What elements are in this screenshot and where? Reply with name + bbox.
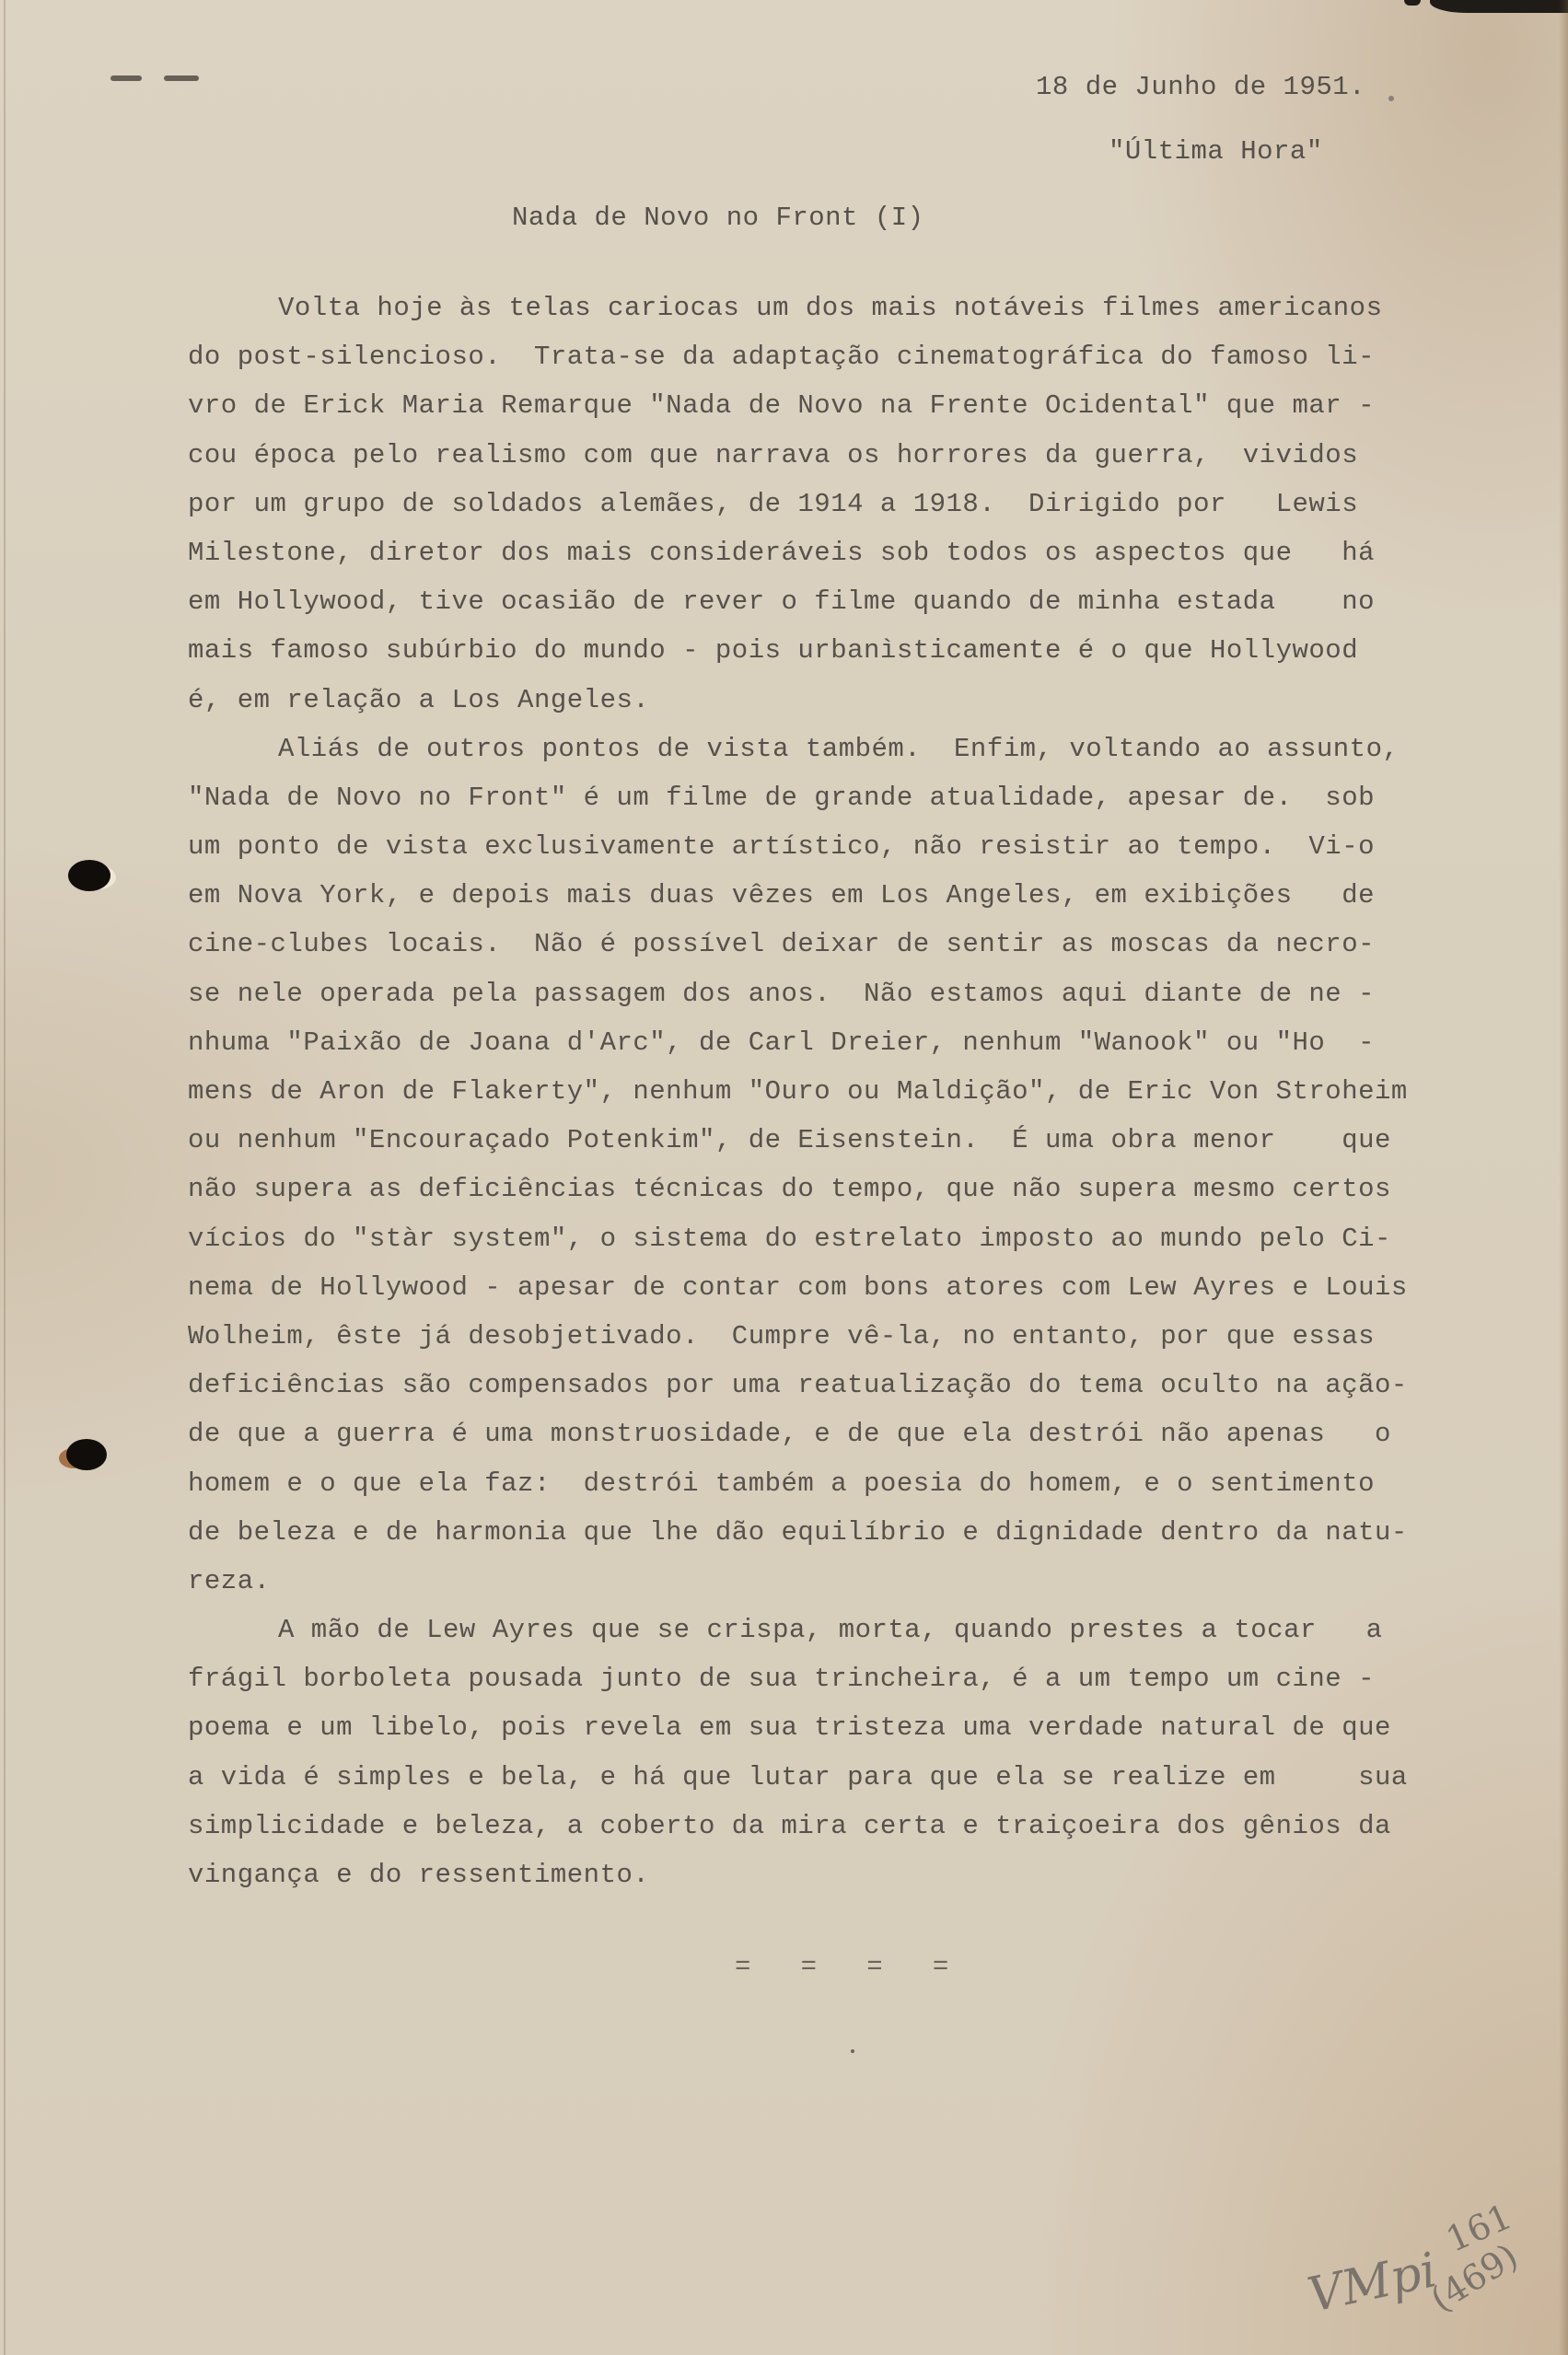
text-line: a vida é simples e bela, e há que lutar … <box>188 1753 1541 1802</box>
punch-hole <box>66 1439 107 1470</box>
page-edge-shadow <box>1559 0 1568 2355</box>
smudge-mark <box>164 75 199 81</box>
smudge-mark <box>110 75 142 81</box>
text-line: de que a guerra é uma monstruosidade, e … <box>188 1410 1541 1458</box>
text-line: não supera as deficiências técnicas do t… <box>188 1165 1541 1213</box>
pencil-initials: VMpi <box>1303 2243 1441 2324</box>
text-line: cou época pelo realismo com que narrava … <box>188 431 1541 480</box>
text-line: é, em relação a Los Angeles. <box>188 676 1541 725</box>
ink-speck <box>1388 96 1394 101</box>
text-line: frágil borboleta pousada junto de sua tr… <box>188 1654 1541 1703</box>
text-line: Aliás de outros pontos de vista também. … <box>188 725 1541 773</box>
text-line: Volta hoje às telas cariocas um dos mais… <box>188 284 1541 332</box>
text-line: nema de Hollywood - apesar de contar com… <box>188 1263 1541 1312</box>
text-line: vícios do "stàr system", o sistema do es… <box>188 1214 1541 1263</box>
text-line: simplicidade e beleza, a coberto da mira… <box>188 1802 1541 1850</box>
text-line: Wolheim, êste já desobjetivado. Cumpre v… <box>188 1312 1541 1361</box>
text-line: mens de Aron de Flakerty", nenhum "Ouro … <box>188 1067 1541 1116</box>
text-line: Milestone, diretor dos mais considerávei… <box>188 528 1541 577</box>
page-edge <box>4 0 6 2355</box>
text-line: deficiências são compensados por uma rea… <box>188 1361 1541 1410</box>
text-line: cine-clubes locais. Não é possível deixa… <box>188 920 1541 969</box>
text-line: A mão de Lew Ayres que se crispa, morta,… <box>188 1606 1541 1654</box>
text-line: do post-silencioso. Trata-se da adaptaçã… <box>188 332 1541 381</box>
text-line: de beleza e de harmonia que lhe dão equi… <box>188 1508 1541 1557</box>
text-line: em Nova York, e depois mais duas vêzes e… <box>188 871 1541 920</box>
text-line: vingança e do ressentimento. <box>188 1850 1541 1899</box>
text-line: poema e um libelo, pois revela em sua tr… <box>188 1703 1541 1752</box>
typewriter-smudge-marks <box>110 75 199 81</box>
text-line: nhuma "Paixão de Joana d'Arc", de Carl D… <box>188 1018 1541 1067</box>
text-line: se nele operada pela passagem dos anos. … <box>188 969 1541 1018</box>
text-line: reza. <box>188 1557 1541 1606</box>
ink-speck <box>851 2049 854 2053</box>
text-line: por um grupo de soldados alemães, de 191… <box>188 480 1541 528</box>
text-line: homem e o que ela faz: destrói também a … <box>188 1459 1541 1508</box>
text-line: "Nada de Novo no Front" é um filme de gr… <box>188 773 1541 822</box>
paper-tear <box>1404 0 1421 6</box>
text-line: um ponto de vista exclusivamente artísti… <box>188 822 1541 871</box>
text-line: ou nenhum "Encouraçado Potenkim", de Eis… <box>188 1116 1541 1165</box>
paper-tear <box>1430 0 1568 13</box>
document-date: 18 de Junho de 1951. <box>1036 72 1365 102</box>
article-title: Nada de Novo no Front (I) <box>512 203 924 233</box>
text-line: em Hollywood, tive ocasião de rever o fi… <box>188 577 1541 626</box>
end-of-text-mark: = = = = <box>735 1952 949 1982</box>
punch-hole <box>68 860 110 891</box>
pencil-archive-annotation: VMpi 161 (469) <box>1307 2200 1528 2338</box>
newspaper-name: "Última Hora" <box>1109 136 1323 167</box>
document-page: 18 de Junho de 1951. "Última Hora" Nada … <box>0 0 1568 2355</box>
text-line: mais famoso subúrbio do mundo - pois urb… <box>188 626 1541 675</box>
text-line: vro de Erick Maria Remarque "Nada de Nov… <box>188 381 1541 430</box>
article-body: Volta hoje às telas cariocas um dos mais… <box>188 284 1541 1899</box>
